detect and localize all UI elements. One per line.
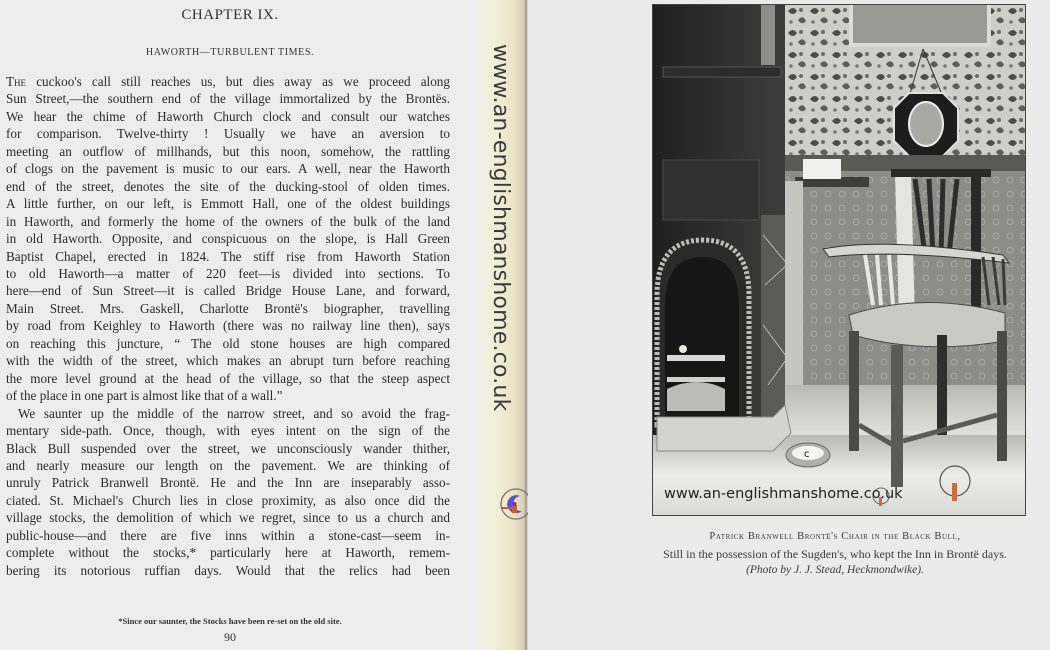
body-line: in old Haworth. Opposite, and conspicuou…: [6, 230, 450, 247]
body-line-text: village stocks, the demolition of which …: [6, 510, 450, 525]
body-line-text: complete without the stocks,* particular…: [6, 545, 450, 560]
body-line: unruly Patrick Branwell Brontë. He and t…: [6, 474, 450, 491]
body-line-text: the more level ground at the head of the…: [6, 371, 450, 386]
body-line-text: in old Haworth. Opposite, and conspicuou…: [6, 231, 450, 246]
footnote: *Since our saunter, the Stocks have been…: [0, 616, 460, 626]
body-line-text: by road from Keighley to Haworth (there …: [6, 318, 450, 333]
body-line: complete without the stocks,* particular…: [6, 544, 450, 561]
body-text: The cuckoo's call still reaches us, but …: [6, 73, 450, 579]
body-line: of the place in one part is almost like …: [6, 387, 450, 404]
caption-credit: (Photo by J. J. Stead, Heckmondwike).: [620, 564, 1050, 576]
caption-line: Still in the possession of the Sugden's,…: [620, 547, 1050, 562]
body-line: We hear the chime of Haworth Church cloc…: [6, 108, 450, 125]
body-line: meeting an outflow of millhands, but thi…: [6, 143, 450, 160]
body-line-text: with the width of the street, which make…: [6, 353, 450, 368]
body-line: in Haworth, and formerly the home of the…: [6, 213, 450, 230]
body-line: for comparison. Twelve-thirty ! Usually …: [6, 125, 450, 142]
body-line: of clogs on the pavement is music to our…: [6, 160, 450, 177]
body-line: Black Bull suspended over the street, we…: [6, 440, 450, 457]
body-line-text: end of the street, denotes the site of t…: [6, 179, 450, 194]
body-line: public-house—and there are five inns wit…: [6, 527, 450, 544]
body-line-text: for comparison. Twelve-thirty ! Usually …: [6, 126, 450, 141]
body-line-text: mentary side-path. Once, though, with ey…: [6, 423, 450, 438]
body-line-text: here—end of Sun Street—it is called Brid…: [6, 283, 450, 298]
body-line-text: cuckoo's call still reaches us, but dies…: [26, 74, 450, 89]
body-line-text: A little further, on our left, is Emmott…: [6, 196, 450, 211]
body-line-text: unruly Patrick Branwell Brontë. He and t…: [6, 475, 450, 490]
chapter-heading: CHAPTER IX.: [0, 7, 460, 24]
body-line: ciated. St. Michael's Church lies in clo…: [6, 492, 450, 509]
body-line: the more level ground at the head of the…: [6, 370, 450, 387]
body-line-text: Black Bull suspended over the street, we…: [6, 441, 450, 456]
body-line: We saunter up the middle of the narrow s…: [6, 405, 450, 422]
page-number: 90: [0, 630, 460, 645]
caption-title: Patrick Branwell Brontë's Chair in the B…: [620, 531, 1050, 542]
section-heading: HAWORTH—TURBULENT TIMES.: [0, 47, 460, 58]
body-line: The cuckoo's call still reaches us, but …: [6, 73, 450, 90]
body-line: on reaching this juncture, “ The old sto…: [6, 335, 450, 352]
vertical-watermark: www.an-englishmanshome.co.uk: [488, 44, 513, 412]
body-line: A little further, on our left, is Emmott…: [6, 195, 450, 212]
body-line: bering its notorious ruffian days. Would…: [6, 562, 450, 579]
body-line-text: in Haworth, and formerly the home of the…: [6, 214, 450, 229]
body-line-text: We hear the chime of Haworth Church cloc…: [6, 109, 450, 124]
body-line-text: Sun Street,—the southern end of the vill…: [6, 91, 450, 106]
body-line-text: on reaching this juncture, “ The old sto…: [6, 336, 450, 351]
photo-watermark-text: www.an-englishmanshome.co.uk: [664, 486, 903, 502]
body-line-text: of clogs on the pavement is music to our…: [6, 161, 450, 176]
body-line: Main Street. Mrs. Gaskell, Charlotte Bro…: [6, 300, 450, 317]
body-line: and nearly measure our length on the pav…: [6, 457, 450, 474]
photo-label-c: c: [804, 449, 810, 460]
drop-lead-word: The: [6, 74, 26, 89]
body-line: end of the street, denotes the site of t…: [6, 178, 450, 195]
chair-photo-illustration: c: [653, 5, 1025, 515]
body-line: to old Haworth—a matter of 220 feet—is d…: [6, 265, 450, 282]
body-line: with the width of the street, which make…: [6, 352, 450, 369]
body-line-text: Baptist Chapel, erected in 1824. The sti…: [6, 249, 450, 264]
body-line: Baptist Chapel, erected in 1824. The sti…: [6, 248, 450, 265]
body-line-text: and nearly measure our length on the pav…: [6, 458, 450, 473]
body-line: village stocks, the demolition of which …: [6, 509, 450, 526]
left-page: CHAPTER IX. HAWORTH—TURBULENT TIMES. The…: [0, 0, 478, 650]
photograph-branwell-chair: c: [652, 4, 1026, 516]
body-line-text: meeting an outflow of millhands, but thi…: [6, 144, 450, 159]
body-line-text: of the place in one part is almost like …: [6, 388, 282, 403]
body-line: mentary side-path. Once, though, with ey…: [6, 422, 450, 439]
body-line: Sun Street,—the southern end of the vill…: [6, 90, 450, 107]
body-line: by road from Keighley to Haworth (there …: [6, 317, 450, 334]
body-line: here—end of Sun Street—it is called Brid…: [6, 282, 450, 299]
body-line-text: bering its notorious ruffian days. Would…: [6, 563, 450, 578]
body-line-text: ciated. St. Michael's Church lies in clo…: [6, 493, 450, 508]
body-line-text: public-house—and there are five inns wit…: [6, 528, 450, 543]
body-line-text: We saunter up the middle of the narrow s…: [18, 406, 450, 421]
body-line-text: Main Street. Mrs. Gaskell, Charlotte Bro…: [6, 301, 450, 316]
body-line-text: to old Haworth—a matter of 220 feet—is d…: [6, 266, 450, 281]
